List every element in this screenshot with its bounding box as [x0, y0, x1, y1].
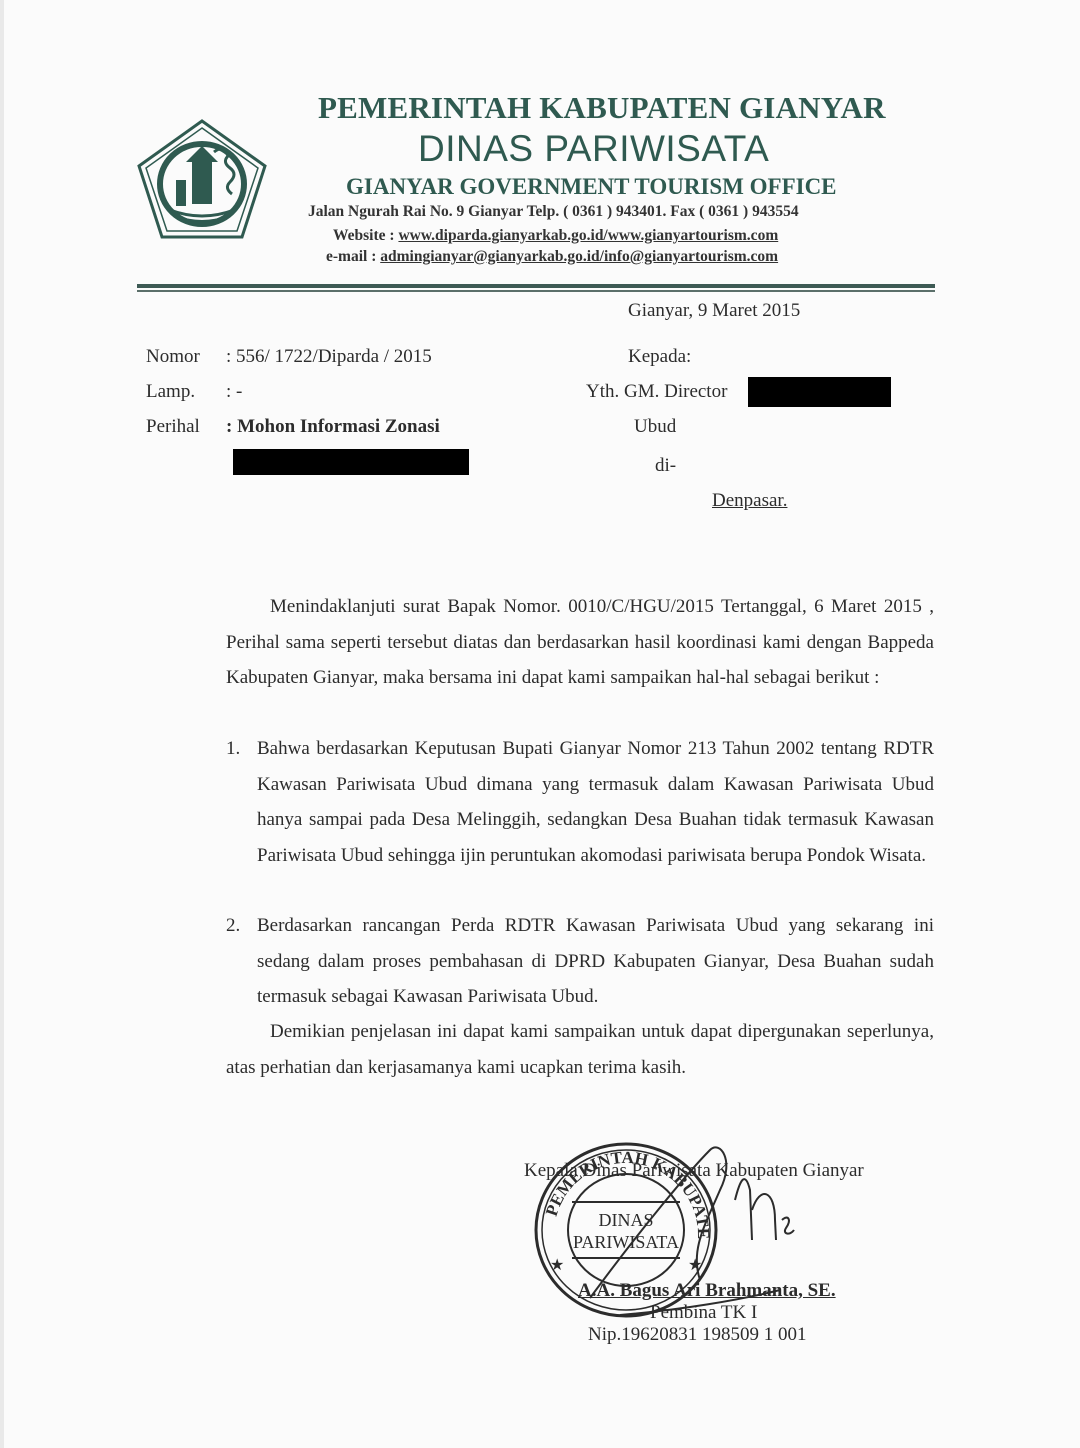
department-name: DINAS PARIWISATA: [418, 128, 769, 170]
list-item-number: 1.: [226, 731, 240, 767]
body-closing-paragraph: Demikian penjelasan ini dapat kami sampa…: [226, 1014, 934, 1085]
nomor-value: : 556/ 1722/Diparda / 2015: [226, 346, 432, 368]
recipient-di: di-: [655, 455, 676, 477]
handwritten-signature-icon: [520, 1130, 840, 1320]
office-name-english: GIANYAR GOVERNMENT TOURISM OFFICE: [346, 174, 837, 200]
website-line: Website : www.diparda.gianyarkab.go.id/w…: [333, 227, 778, 245]
letter-page: PEMERINTAH KABUPATEN GIANYAR DINAS PARIW…: [0, 0, 1080, 1448]
recipient-title: Yth. GM. Director: [586, 381, 727, 403]
nomor-label: Nomor: [146, 346, 200, 368]
office-address: Jalan Ngurah Rai No. 9 Gianyar Telp. ( 0…: [308, 203, 799, 221]
perihal-label: Perihal: [146, 416, 200, 438]
recipient-kepada: Kepada:: [628, 346, 691, 368]
body-intro-paragraph: Menindaklanjuti surat Bapak Nomor. 0010/…: [226, 589, 934, 696]
email-label: e-mail :: [326, 248, 380, 265]
government-name: PEMERINTAH KABUPATEN GIANYAR: [318, 90, 886, 126]
letterhead-divider-thin: [137, 290, 935, 292]
website-link[interactable]: www.diparda.gianyarkab.go.id/www.gianyar…: [398, 227, 778, 244]
redaction-box-recipient: [748, 377, 891, 407]
lamp-value: : -: [226, 381, 242, 403]
website-label: Website :: [333, 227, 398, 244]
signatory-nip: Nip.19620831 198509 1 001: [588, 1324, 807, 1346]
lamp-label: Lamp.: [146, 381, 195, 403]
list-item-number: 2.: [226, 908, 240, 944]
regency-crest-icon: [136, 118, 268, 240]
list-item-text: Berdasarkan rancangan Perda RDTR Kawasan…: [257, 908, 934, 1015]
email-line: e-mail : admingianyar@gianyarkab.go.id/i…: [326, 248, 778, 266]
letterhead-divider-thick: [137, 284, 935, 288]
list-item: 1. Bahwa berdasarkan Keputusan Bupati Gi…: [226, 731, 934, 873]
letter-date: Gianyar, 9 Maret 2015: [628, 300, 800, 322]
list-item-text: Bahwa berdasarkan Keputusan Bupati Giany…: [257, 731, 934, 873]
redaction-box-subject: [233, 449, 469, 475]
perihal-value: : Mohon Informasi Zonasi: [226, 416, 440, 438]
recipient-place: Denpasar.: [712, 490, 787, 512]
list-item: 2. Berdasarkan rancangan Perda RDTR Kawa…: [226, 908, 934, 1015]
recipient-city: Ubud: [634, 416, 676, 438]
email-link[interactable]: admingianyar@gianyarkab.go.id/info@giany…: [380, 248, 778, 265]
